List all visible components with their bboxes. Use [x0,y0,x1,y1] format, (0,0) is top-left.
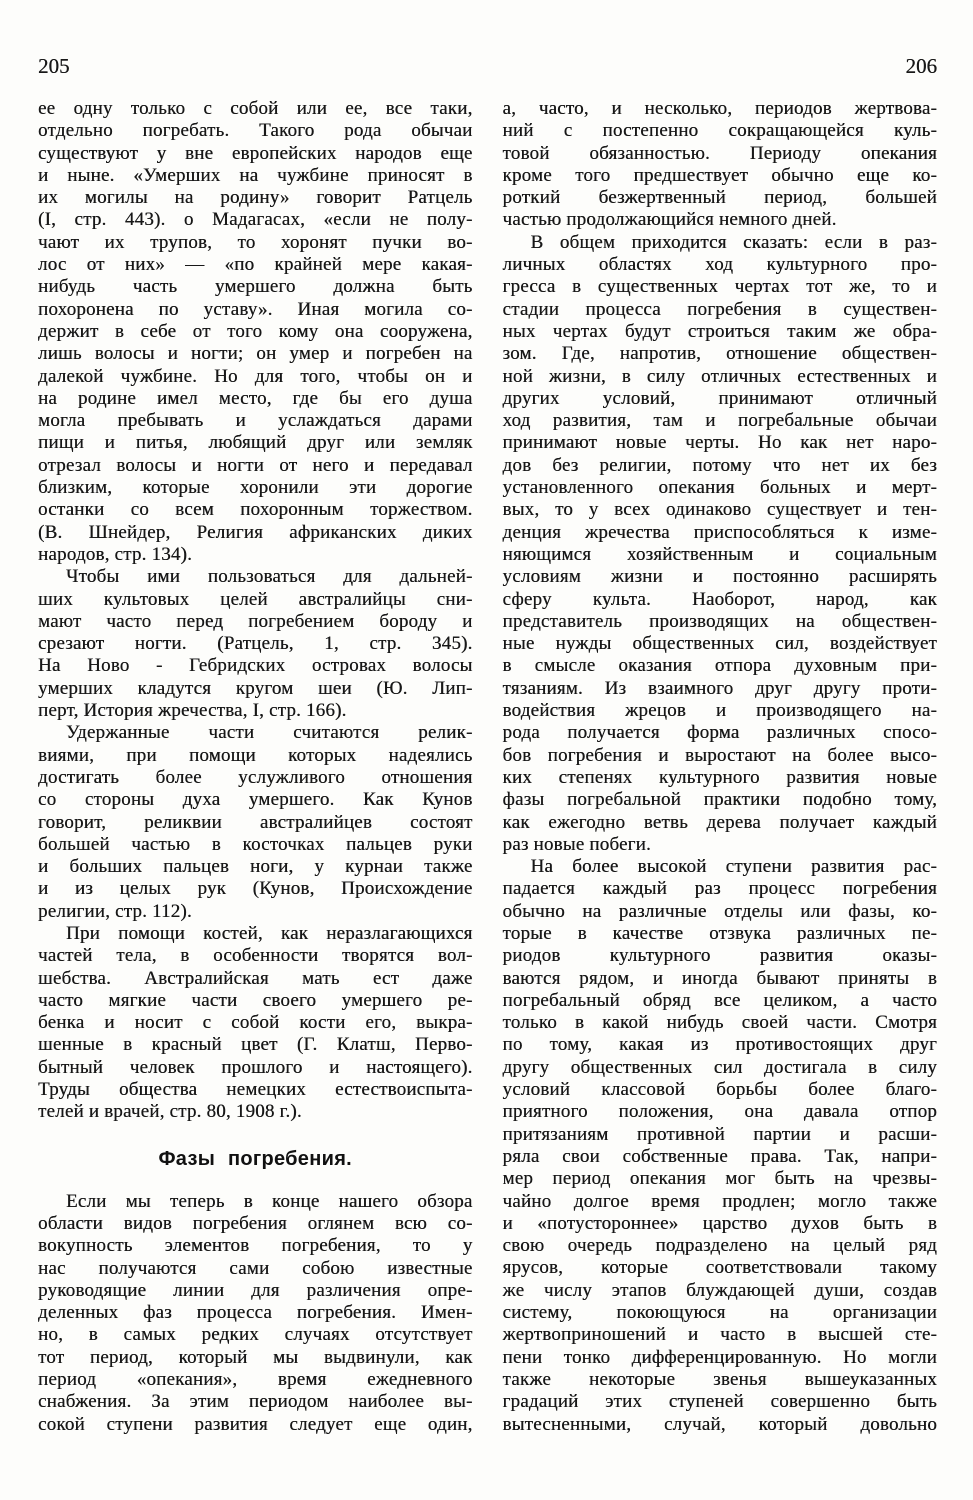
text-line: же числу этапов блуждающей души, создав [503,1280,938,1302]
text-line: На более высокой ступени развития рас- [503,856,938,878]
text-line: систему, покоющуюся на организации [503,1302,938,1324]
text-line: частей тела, в особенности творятся вол- [38,945,473,967]
text-line: отдельно погребать. Такого рода обычаи [38,120,473,142]
text-line: чайно долгое время продлен; могло также [503,1191,938,1213]
text-line: ваются рядом, и иногда бывают приняты в [503,968,938,990]
text-columns: ее одну только с собой или ее, все таки,… [0,98,973,1436]
text-line: денция жречества приспособляться к изме- [503,522,938,544]
text-line: представитель производящих на обществен- [503,611,938,633]
text-line: зом. Где, напротив, отношение обществен- [503,343,938,365]
text-line: ной жизни, в силу отличных естественных … [503,366,938,388]
text-line: градаций этих ступеней совершенно быть [503,1391,938,1413]
text-line: шебства. Австралийская мать ест даже [38,968,473,990]
text-line: Если мы теперь в конце нашего обзора [38,1191,473,1213]
text-line: народов, стр. 134). [38,544,473,566]
text-line: погребальный обряд все целиком, а часто [503,990,938,1012]
text-line: вых, то у всех одинаково существует и те… [503,499,938,521]
text-line: лишь волосы и ногти; он умер и погребен … [38,343,473,365]
text-line: близким, которые хоронили эти дорогие [38,477,473,499]
text-line: другу общественных сил достигала в силу [503,1057,938,1079]
page-number-row: 205 206 [0,54,973,78]
text-line: бытный человек прошлого и настоящего). [38,1057,473,1079]
text-line: вытесненными, случай, который довольно [503,1414,938,1436]
text-line: на родине имел место, где бы его душа [38,388,473,410]
paragraph: В общем приходится сказать: если в раз-л… [503,232,938,856]
text-line: большей частью в косточках пальцев руки [38,834,473,856]
text-line: приятного положения, она давала отпор [503,1101,938,1123]
text-line: притязаниям противной партии и расши- [503,1124,938,1146]
section-heading: Фазы погребения. [38,1148,473,1170]
text-line: и ныне. «Умерших на чужбине приносят в [38,165,473,187]
text-line: ких степенях культурного развития новые [503,767,938,789]
text-line: установленного опекания больных и мерт- [503,477,938,499]
text-line: в смысле оказания отпора духовным при- [503,655,938,677]
text-line: Удержанные части считаются релик- [38,722,473,744]
text-line: деленных фаз процесса погребения. Имен- [38,1302,473,1324]
text-line: как ежегодно ветвь дерева получает кажды… [503,812,938,834]
text-line: похоронена по уставу». Иная могила со- [38,299,473,321]
text-line: раз новые побеги. [503,834,938,856]
text-line: ших культовых целей австралийцы сни- [38,589,473,611]
text-line: условий классовой борьбы более благо- [503,1079,938,1101]
text-line: мают часто перед погребением бороду и [38,611,473,633]
text-line: также некоторые звенья вышеуказанных [503,1369,938,1391]
text-line: кроме того предшествует обычно еще ко- [503,165,938,187]
paragraph: При помощи костей, как неразлагающихсяча… [38,923,473,1124]
text-line: частью продолжающийся немного дней. [503,209,938,231]
left-column: ее одну только с собой или ее, все таки,… [38,98,473,1436]
text-line: телей и врачей, стр. 80, 1908 г.). [38,1101,473,1123]
text-line: достигать более услужливого отношения [38,767,473,789]
text-line: дов без религии, потому что нет их без [503,455,938,477]
text-line: говорит, реликвии австралийцев состоят [38,812,473,834]
text-line: обычно на различные отделы или фазы, ко- [503,901,938,923]
text-line: жертвоприношений и часто в высшей сте- [503,1324,938,1346]
text-line: личных областях ход культурного про- [503,254,938,276]
text-line: водействия жрецов и производящего на- [503,700,938,722]
text-line: ний с постепенно сокращающейся куль- [503,120,938,142]
text-line: останки со всем похоронным торжеством. [38,499,473,521]
text-line: срезают ногти. (Ратцель, 1, стр. 345). [38,633,473,655]
text-line: рода получается форма различных спосо- [503,722,938,744]
text-line: и больших пальцев ноги, у курнаи также [38,856,473,878]
paragraph: Удержанные части считаются релик-виями, … [38,722,473,923]
text-line: религии, стр. 112). [38,901,473,923]
text-line: тязаниям. Из взаимного друг другу проти- [503,678,938,700]
text-line: падается каждый раз процесс погребения [503,878,938,900]
text-line: по тому, какая из противостоящих друг [503,1034,938,1056]
text-line: со стороны духа умершего. Как Кунов [38,789,473,811]
text-line: (В. Шнейдер, Религия африканских диких [38,522,473,544]
paragraph: На более высокой ступени развития рас-па… [503,856,938,1436]
text-line: перт, История жречества, I, стр. 166). [38,700,473,722]
text-line: лос от них» — «по крайней мере какая- [38,254,473,276]
text-line: На Ново - Гебридских островах волосы [38,655,473,677]
text-line: торые в качестве отзвука различных пе- [503,923,938,945]
text-line: вокупность элементов погребения, то у [38,1235,473,1257]
text-line: ных чертах будут строиться таким же обра… [503,321,938,343]
text-line: но, в самых редких случаях отсутствует [38,1324,473,1346]
text-line: Труды общества немецких естествоиспыта- [38,1079,473,1101]
text-line: пищи и питья, любящий друг или земляк [38,432,473,454]
text-line: часто мягкие части своего умершего ре- [38,990,473,1012]
text-line: фазы погребальной практики подобно тому, [503,789,938,811]
book-page: 205 206 ее одну только с собой или ее, в… [0,0,973,1500]
text-line: нибудь часть умершего должна быть [38,276,473,298]
text-line: Чтобы ими пользоваться для дальней- [38,566,473,588]
text-line: ные нужды общественных сил, воздействует [503,633,938,655]
text-line: гресса в существенных чертах тот же, то … [503,276,938,298]
text-line: отрезал волосы и ногти от него и передав… [38,455,473,477]
text-line: и из целых рук (Кунов, Происхождение [38,878,473,900]
text-line: ярусов, которые соответствовали такому [503,1257,938,1279]
text-line: роткий безжертвенный период, большей [503,187,938,209]
paragraph: а, часто, и несколько, периодов жертвова… [503,98,938,232]
text-line: (I, стр. 443). о Мадагасах, «если не пол… [38,209,473,231]
text-line: сокой ступени развития следует еще один, [38,1414,473,1436]
text-line: риодов культурного развития оказы- [503,945,938,967]
text-line: далекой чужбине. Но для того, чтобы он и [38,366,473,388]
text-line: принимают новые черты. Но как нет наро- [503,432,938,454]
text-line: а, часто, и несколько, периодов жертвова… [503,98,938,120]
text-line: снабжения. За этим периодом наиболее вы- [38,1391,473,1413]
text-line: нас получаются сами собою известные [38,1258,473,1280]
text-line: и «потустороннее» царство духов быть в [503,1213,938,1235]
text-line: мер период опекания мог быть на чрезвы- [503,1168,938,1190]
text-line: ход развития, там и погребальные обычаи [503,410,938,432]
text-line: При помощи костей, как неразлагающихся [38,923,473,945]
text-line: существуют у вне европейских народов еще [38,143,473,165]
text-line: няющимся хозяйственным и социальным [503,544,938,566]
paragraph: ее одну только с собой или ее, все таки,… [38,98,473,566]
text-line: руководящие линии для различения опре- [38,1280,473,1302]
text-line: их могилы на родину» говорит Ратцель [38,187,473,209]
text-line: сферу культа. Наоборот, народ, как [503,589,938,611]
text-line: держит в себе от того кому она сооружена… [38,321,473,343]
text-line: шенные в красный цвет (Г. Клатш, Перво- [38,1034,473,1056]
text-line: бов погребения и выростают на более высо… [503,745,938,767]
text-line: умерших кладутся кругом шеи (Ю. Лип- [38,678,473,700]
text-line: области видов погребения оглянем всю со- [38,1213,473,1235]
text-line: бенка и носит с собой кости его, выкра- [38,1012,473,1034]
text-line: могла пребывать и услаждаться дарами [38,410,473,432]
text-line: ряла свои собственные права. Так, напри- [503,1146,938,1168]
text-line: свою очередь подразделено на целый ряд [503,1235,938,1257]
text-line: пени тонко дифференцированную. Но могли [503,1347,938,1369]
text-line: только в какой нибудь своей части. Смотр… [503,1012,938,1034]
text-line: товой обязанностью. Периоду опекания [503,143,938,165]
text-line: чают их трупов, то хоронят пучки во- [38,232,473,254]
text-line: В общем приходится сказать: если в раз- [503,232,938,254]
text-line: период «опекания», время ежедневного [38,1369,473,1391]
page-number-left: 205 [38,54,70,78]
text-line: ее одну только с собой или ее, все таки, [38,98,473,120]
paragraph: Если мы теперь в конце нашего обзораобла… [38,1191,473,1436]
right-column: а, часто, и несколько, периодов жертвова… [503,98,938,1436]
text-line: других условий, принимают отличный [503,388,938,410]
page-number-right: 206 [906,54,938,78]
paragraph: Чтобы ими пользоваться для дальней-ших к… [38,566,473,722]
text-line: тот период, который мы выдвинули, как [38,1347,473,1369]
text-line: виями, при помощи которых надеялись [38,745,473,767]
text-line: стадии процесса погребения в существен- [503,299,938,321]
text-line: условиям жизни и постоянно расширять [503,566,938,588]
